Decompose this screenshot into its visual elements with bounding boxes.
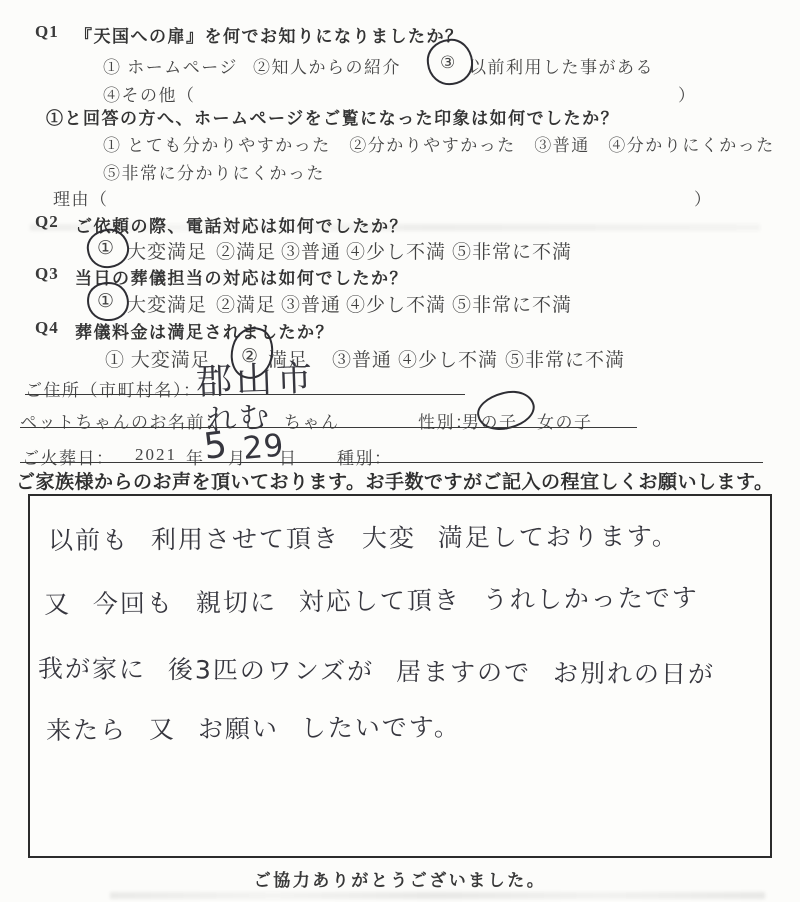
q1-option-3-label: 以前利用した事がある bbox=[469, 53, 654, 78]
q1-sub-question: ①と回答の方へ、ホームページをご覧になった印象は如何でしたか？ bbox=[46, 104, 619, 129]
q3-option-3: ③普通 bbox=[281, 290, 341, 317]
q3-option-5: ⑤非常に不満 bbox=[452, 290, 572, 317]
pet-name-suffix: ちゃん bbox=[284, 408, 340, 433]
q4-question: 葬儀料金は満足されましたか？ bbox=[75, 318, 334, 343]
cremation-underline bbox=[20, 462, 763, 463]
q1-question: 『天国への扉』を何でお知りになりましたか？ bbox=[75, 22, 464, 47]
q2-option-5: ⑤非常に不満 bbox=[452, 237, 572, 264]
comment-line-4: 来たら 又 お願い したいです。 bbox=[46, 707, 461, 747]
q1-option-2: ②知人からの紹介 bbox=[253, 53, 401, 78]
q3-question: 当日の葬儀担当の対応は如何でしたか？ bbox=[75, 264, 408, 289]
q2-option-2: ②満足 bbox=[216, 237, 276, 264]
q1-sub-options-row2: ⑤非常に分かりにくかった bbox=[103, 159, 325, 184]
q2-option-3: ③普通 bbox=[281, 237, 341, 264]
pet-name-underline bbox=[20, 427, 637, 428]
survey-form-scan: Q1 『天国への扉』を何でお知りになりましたか？ ① ホームページ ②知人からの… bbox=[0, 0, 800, 902]
q3-option-2: ②満足 bbox=[216, 290, 276, 317]
comment-line-3: 我が家に 後3匹のワンズが 居ますので お別れの日が bbox=[38, 649, 715, 691]
family-voice-note: ご家族様からのお声を頂いております。お手数ですがご記入の程宜しくお願いします。 bbox=[16, 467, 773, 494]
q2-option-1-label: 大変満足 bbox=[127, 237, 207, 264]
q3-option-1-label: 大変満足 bbox=[127, 290, 207, 317]
address-label: ご住所（市町村名）： bbox=[25, 376, 202, 401]
reason-close-paren: ） bbox=[694, 185, 713, 210]
day-unit: 日 bbox=[279, 444, 298, 469]
q1-option-4-close-paren: ） bbox=[678, 81, 697, 106]
q1-id: Q1 bbox=[35, 22, 59, 42]
q1-option-1: ① ホームページ bbox=[103, 53, 238, 78]
q2-id: Q2 bbox=[35, 212, 59, 232]
pet-name-label: ペットちゃんのお名前： bbox=[20, 408, 224, 433]
q4-id: Q4 bbox=[35, 318, 59, 338]
q4-option-4: ④少し不満 bbox=[398, 345, 498, 372]
q3-option-4: ④少し不満 bbox=[346, 290, 446, 317]
q1-sub-options-row1: ① とても分かりやすかった ②分かりやすかった ③普通 ④分かりにくかった bbox=[103, 131, 775, 156]
thank-you-text: ご協力ありがとうございました。 bbox=[0, 866, 800, 891]
species-label: 種別： bbox=[337, 444, 393, 469]
q1-option-4: ④その他（ bbox=[103, 81, 196, 106]
reason-label: 理由（ bbox=[53, 185, 109, 210]
gender-option-female: 女の子 bbox=[537, 408, 593, 433]
q4-option-5: ⑤非常に不満 bbox=[505, 345, 625, 372]
q2-question: ご依頼の際、電話対応は如何でしたか？ bbox=[75, 212, 408, 237]
q4-option-3: ③普通 bbox=[332, 345, 392, 372]
scan-smudge-bottom bbox=[110, 892, 765, 899]
cremation-date-label: ご火葬日： bbox=[22, 444, 115, 469]
comment-line-1: 以前も 利用させて頂き 大変 満足しております。 bbox=[48, 517, 679, 557]
q2-option-4: ④少し不満 bbox=[346, 237, 446, 264]
q3-id: Q3 bbox=[35, 264, 59, 284]
year-unit: 年 bbox=[186, 444, 205, 469]
comment-line-2: 又 今回も 親切に 対応して頂き うれしかったです bbox=[44, 578, 699, 621]
